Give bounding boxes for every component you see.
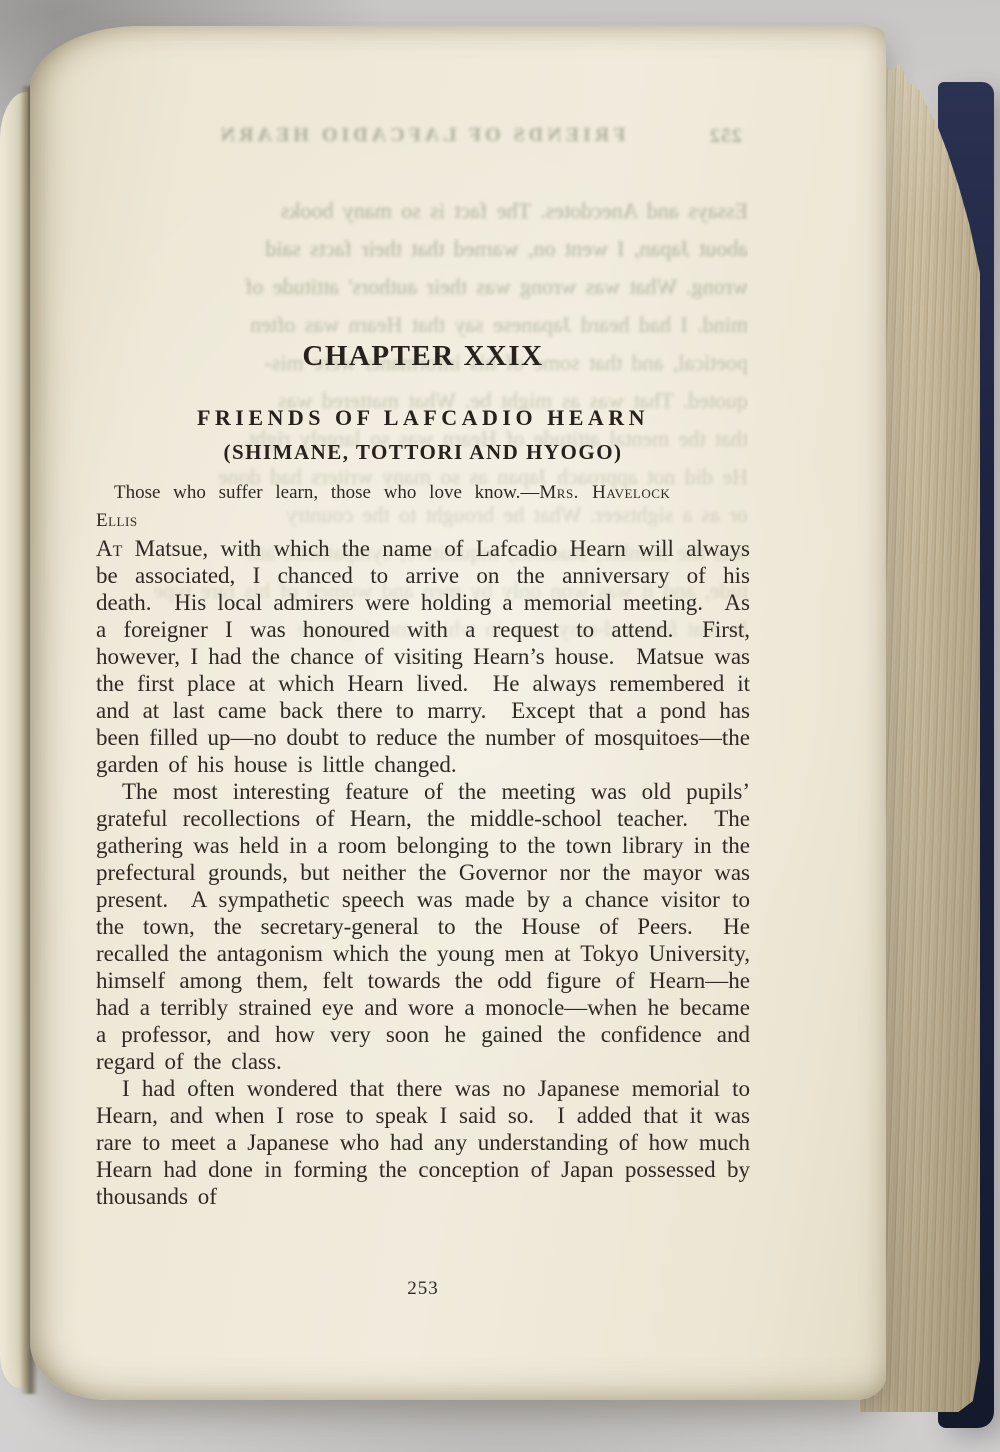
page-content: CHAPTER XXIX FRIENDS OF LAFCADIO HEARN (… xyxy=(96,26,750,1400)
epigraph-text: Those who suffer learn, those who love k… xyxy=(114,482,539,503)
paragraph-1-text: Matsue, with which the name of Lafcadio … xyxy=(96,536,750,777)
epigraph: Those who suffer learn, those who love k… xyxy=(96,479,750,535)
chapter-subtitle: (SHIMANE, TOTTORI AND HYOGO) xyxy=(96,439,750,465)
page-number: 253 xyxy=(96,1278,750,1300)
chapter-heading: CHAPTER XXIX xyxy=(96,338,750,374)
paragraph-3: I had often wondered that there was no J… xyxy=(96,1075,750,1210)
paragraph-1: At Matsue, with which the name of Lafcad… xyxy=(96,535,750,778)
book-page: 252 FRIENDS OF LAFCADIO HEARN Essays and… xyxy=(30,26,886,1400)
chapter-title: FRIENDS OF LAFCADIO HEARN xyxy=(96,405,750,431)
paragraph-1-lead: At xyxy=(96,536,122,561)
epigraph-attribution-continued: Ellis xyxy=(96,510,138,531)
epigraph-attribution: Mrs. Havelock xyxy=(539,482,670,503)
paragraph-2: The most interesting feature of the meet… xyxy=(96,778,750,1075)
photo-background: 252 FRIENDS OF LAFCADIO HEARN Essays and… xyxy=(0,0,1000,1452)
